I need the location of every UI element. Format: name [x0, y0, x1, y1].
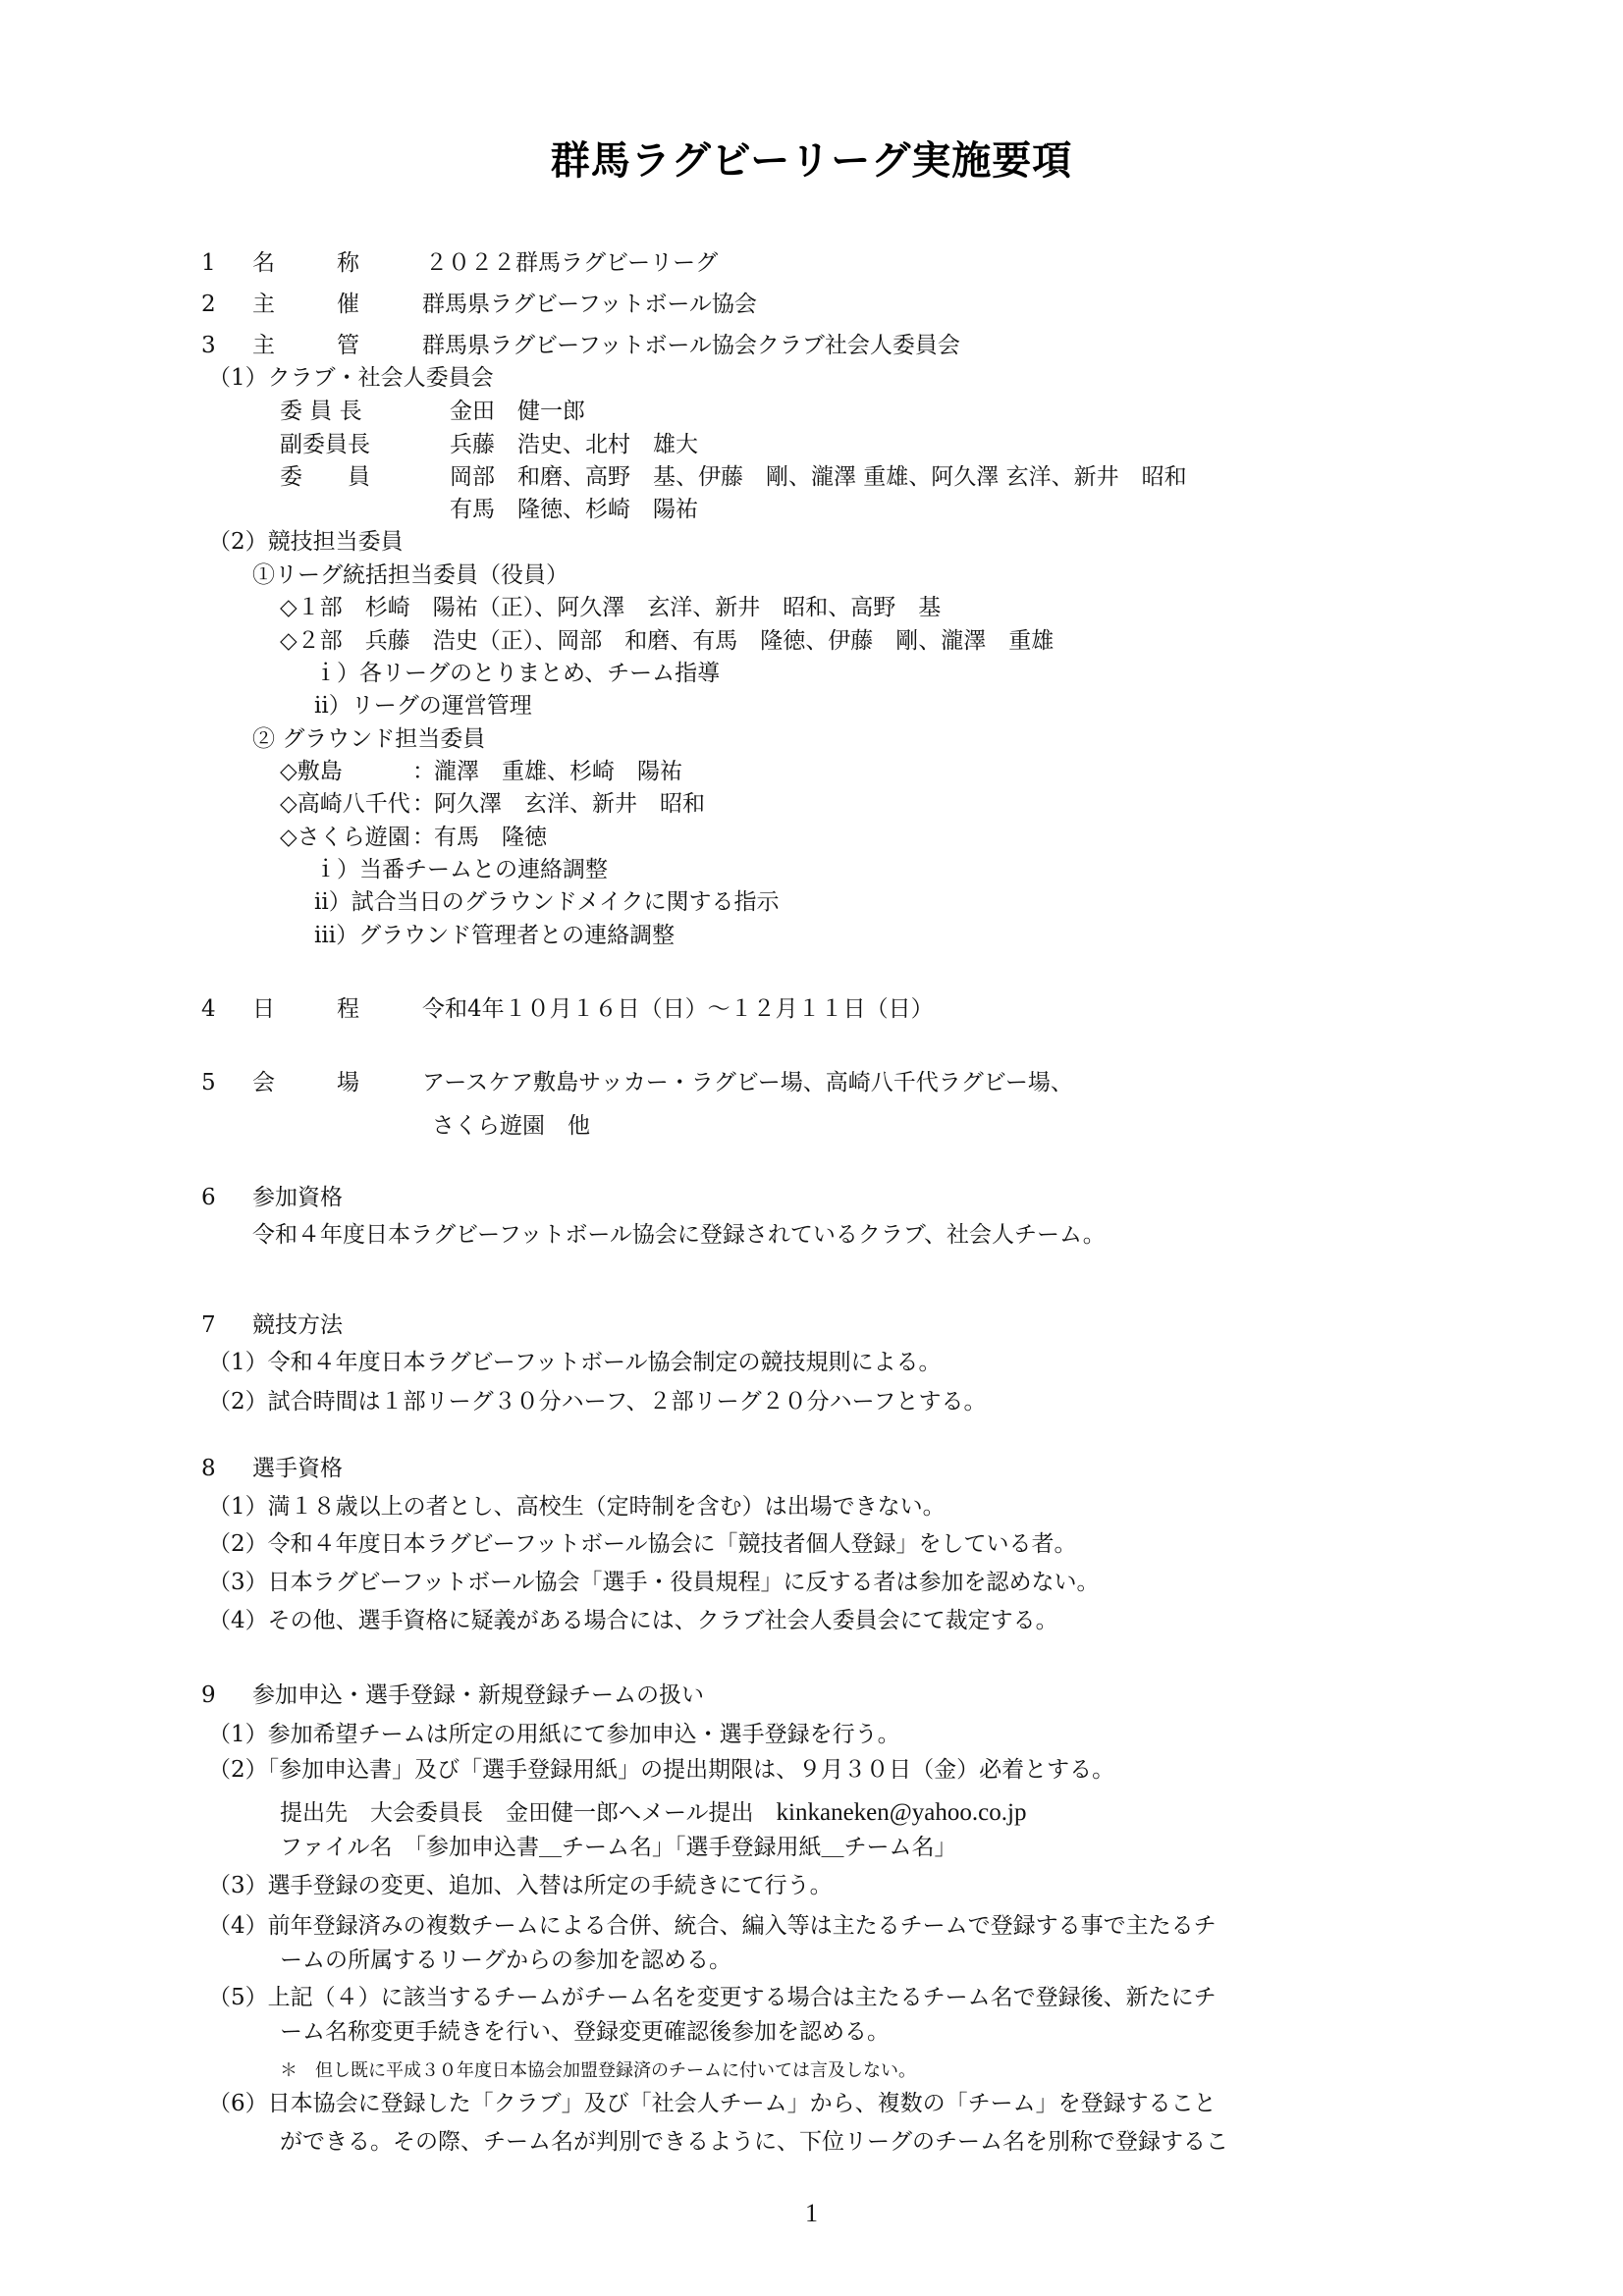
committee-role: 副委員長 — [280, 428, 370, 461]
section-heading: 選手資格 — [252, 1452, 343, 1485]
list-item: （1）令和４年度日本ラグビーフットボール協会制定の競技規則による。 — [208, 1346, 942, 1379]
page-number: 1 — [0, 2197, 1623, 2230]
section-value: 令和4年１０月１６日（日）～１２月１１日（日） — [422, 992, 934, 1026]
list-item: （3）選手登録の変更、追加、入替は所定の手続きにて行う。 — [208, 1869, 833, 1902]
list-item: （3）日本ラグビーフットボール協会「選手・役員規程」に反する者は参加を認めない。 — [208, 1566, 1100, 1599]
section-heading: 参加申込・選手登録・新規登録チームの扱い — [252, 1679, 704, 1712]
submit-to-text: 提出先 大会委員長 金田健一郎へメール提出 — [280, 1800, 754, 1826]
venue-separator: ： — [412, 755, 435, 788]
list-item: （1）満１８歳以上の者とし、高校生（定時制を含む）は出場できない。 — [208, 1490, 946, 1523]
division-2-members: ◇２部 兵藤 浩史（正）、岡部 和磨、有馬 隆徳、伊藤 剛、瀧澤 重雄 — [280, 624, 1054, 658]
submission-info: 提出先 大会委員長 金田健一郎へメール提出 kinkaneken@yahoo.c… — [280, 1796, 1026, 1830]
section-value: 群馬県ラグビーフットボール協会クラブ社会人委員会 — [422, 329, 960, 362]
list-item: （2）試合時間は１部リーグ３０分ハーフ、２部リーグ２０分ハーフとする。 — [208, 1385, 987, 1418]
committee-role: 委 員 長 — [280, 395, 362, 428]
list-item-continued: ができる。その際、チーム名が判別できるように、下位リーグのチーム名を別称で登録す… — [280, 2125, 1228, 2159]
section-heading: 競技方法 — [252, 1308, 343, 1342]
section-label-a: 名 — [252, 246, 275, 280]
section-number: 6 — [201, 1181, 216, 1214]
list-item-continued: ームの所属するリーグからの参加を認める。 — [280, 1944, 731, 1977]
document-page: 群馬ラグビーリーグ実施要項 1 名 称 ２０２２群馬ラグビーリーグ 2 主 催 … — [0, 0, 1623, 2296]
list-item: （5）上記（４）に該当するチームがチーム名を変更する場合は主たるチーム名で登録後… — [208, 1981, 1217, 2014]
list-item: （4）その他、選手資格に疑義がある場合には、クラブ社会人委員会にて裁定する。 — [208, 1604, 1058, 1637]
venue-staff: 阿久澤 玄洋、新井 昭和 — [434, 787, 705, 821]
committee-names: 岡部 和磨、高野 基、伊藤 剛、瀧澤 重雄、阿久澤 玄洋、新井 昭和 — [450, 460, 1187, 494]
section-heading: 参加資格 — [252, 1181, 343, 1214]
section-label-a: 主 — [252, 288, 275, 321]
section-number: 7 — [201, 1308, 216, 1342]
list-item: （1）参加希望チームは所定の用紙にて参加申込・選手登録を行う。 — [208, 1718, 900, 1751]
venue-name: ◇高崎八千代 — [280, 787, 410, 821]
duty-item: ｉ）当番チームとの連絡調整 — [314, 853, 608, 886]
list-item: （2）令和４年度日本ラグビーフットボール協会に「競技者個人登録」をしている者。 — [208, 1527, 1077, 1561]
duty-item: ⅱ）リーグの運営管理 — [314, 689, 532, 722]
section-body: 令和４年度日本ラグビーフットボール協会に登録されているクラブ、社会人チーム。 — [252, 1218, 1106, 1252]
email-address[interactable]: kinkaneken@yahoo.co.jp — [777, 1799, 1027, 1826]
list-item: （2）「参加申込書」及び「選手登録用紙」の提出期限は、９月３０日（金）必着とする… — [208, 1753, 1114, 1787]
committee-names: 兵藤 浩史、北村 雄大 — [450, 428, 698, 461]
venue-staff: 瀧澤 重雄、杉崎 陽祐 — [434, 755, 682, 788]
section-label-a: 日 — [252, 992, 275, 1026]
committee-names: 金田 健一郎 — [450, 395, 585, 428]
duty-item: ⅱ）試合当日のグラウンドメイクに関する指示 — [314, 885, 780, 919]
section-label-b: 管 — [337, 329, 359, 362]
note: ＊ 但し既に平成３０年度日本協会加盟登録済のチームに付いては言及しない。 — [280, 2055, 916, 2088]
venue-separator: ： — [412, 821, 435, 854]
section-number: 3 — [201, 329, 216, 362]
section-number: 1 — [201, 246, 216, 280]
venue-separator: ： — [412, 787, 435, 821]
section-label-b: 場 — [337, 1066, 359, 1099]
section-label-b: 催 — [337, 288, 359, 321]
list-item: （4）前年登録済みの複数チームによる合併、統合、編入等は主たるチームで登録する事… — [208, 1909, 1217, 1943]
list-item-continued: ーム名称変更手続きを行い、登録変更確認後参加を認める。 — [280, 2015, 890, 2049]
section-value-continued: さくら遊園 他 — [432, 1109, 590, 1143]
venue-staff: 有馬 隆徳 — [434, 821, 547, 854]
section-number: 5 — [201, 1066, 216, 1099]
section-label-b: 程 — [337, 992, 359, 1026]
section-value: 群馬県ラグビーフットボール協会 — [422, 288, 757, 321]
section-label-a: 会 — [252, 1066, 275, 1099]
duty-item: ⅲ）グラウンド管理者との連絡調整 — [314, 919, 675, 952]
duty-item: ｉ）各リーグのとりまとめ、チーム指導 — [314, 657, 720, 690]
venue-name: ◇さくら遊園 — [280, 821, 410, 854]
section-label-b: 称 — [337, 246, 359, 280]
subsection-heading: （2）競技担当委員 — [208, 525, 404, 559]
section-number: 2 — [201, 288, 216, 321]
division-1-members: ◇１部 杉崎 陽祐（正）、阿久澤 玄洋、新井 昭和、高野 基 — [280, 591, 941, 624]
section-value: ２０２２群馬ラグビーリーグ — [425, 246, 718, 280]
section-value: アースケア敷島サッカー・ラグビー場、高崎八千代ラグビー場、 — [422, 1066, 1073, 1099]
committee-names: 有馬 隆徳、杉崎 陽祐 — [450, 493, 698, 526]
league-committee-heading: ①リーグ統括担当委員（役員） — [252, 559, 568, 592]
venue-name: ◇敷島 — [280, 755, 343, 788]
section-number: 8 — [201, 1452, 216, 1485]
section-number: 9 — [201, 1679, 216, 1712]
list-item: （6）日本協会に登録した「クラブ」及び「社会人チーム」から、複数の「チーム」を登… — [208, 2087, 1217, 2120]
committee-role: 委 員 — [280, 460, 370, 494]
ground-committee-heading: ② グラウンド担当委員 — [252, 722, 485, 756]
section-label-a: 主 — [252, 329, 275, 362]
file-name-rule: ファイル名 「参加申込書＿チーム名」「選手登録用紙＿チーム名」 — [280, 1831, 957, 1864]
document-title: 群馬ラグビーリーグ実施要項 — [0, 137, 1623, 185]
section-number: 4 — [201, 992, 216, 1026]
subsection-heading: （1）クラブ・社会人委員会 — [208, 361, 494, 395]
